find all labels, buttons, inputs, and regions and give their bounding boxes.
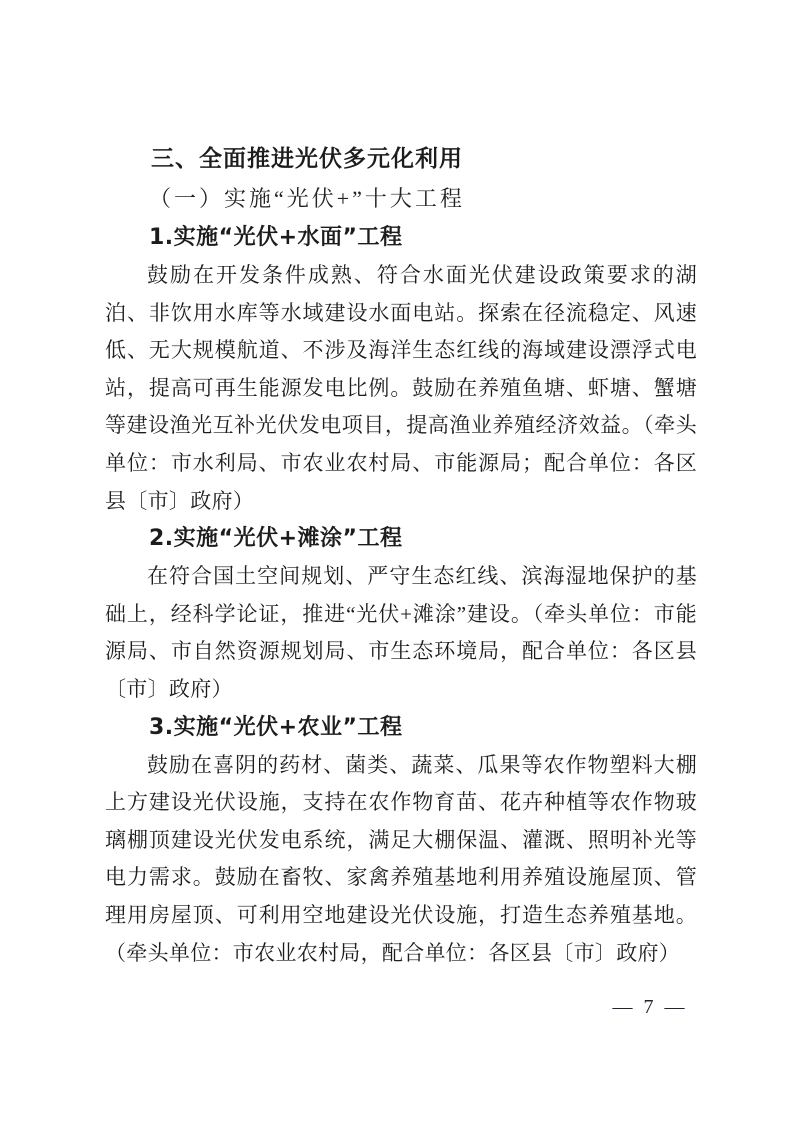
item-1-heading: 1.实施“光伏+水面”工程 [105, 219, 697, 257]
page-number: — 7 — [600, 996, 700, 1019]
item-3-paragraph: 鼓励在喜阴的药材、菌类、蔬菜、瓜果等农作物塑料大棚上方建设光伏设施，支持在农作物… [105, 747, 697, 973]
document-page: 三、全面推进光伏多元化利用 （一）实施“光伏+”十大工程 1.实施“光伏+水面”… [0, 0, 794, 1123]
subsection-heading: （一）实施“光伏+”十大工程 [105, 179, 697, 219]
item-3-heading: 3.实施“光伏+农业”工程 [105, 709, 697, 747]
section-heading: 三、全面推进光伏多元化利用 [105, 139, 697, 179]
item-2-paragraph: 在符合国土空间规划、严守生态红线、滨海湿地保护的基础上，经科学论证，推进“光伏+… [105, 558, 697, 708]
item-1-paragraph: 鼓励在开发条件成熟、符合水面光伏建设政策要求的湖泊、非饮用水库等水域建设水面电站… [105, 257, 697, 520]
document-body: 三、全面推进光伏多元化利用 （一）实施“光伏+”十大工程 1.实施“光伏+水面”… [105, 139, 697, 972]
item-2-heading: 2.实施“光伏+滩涂”工程 [105, 520, 697, 558]
